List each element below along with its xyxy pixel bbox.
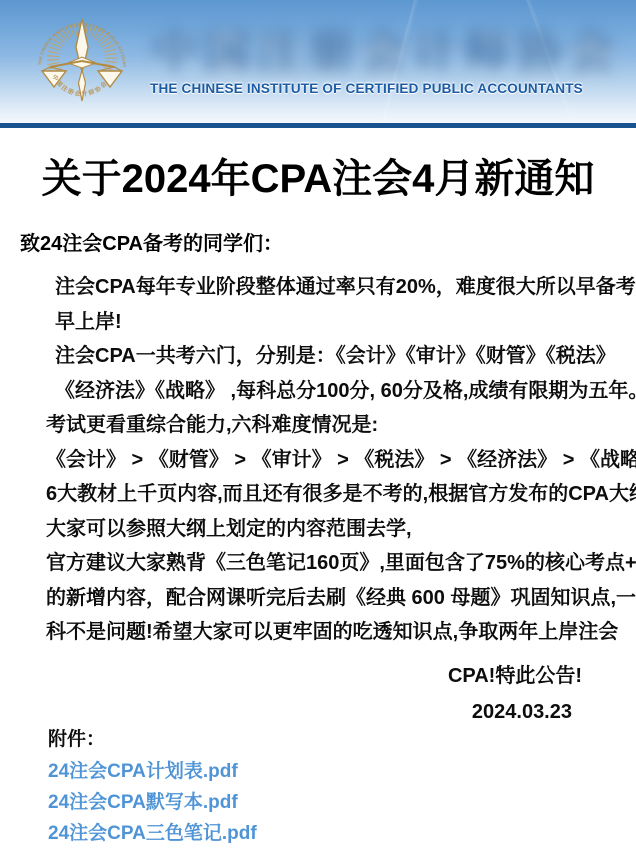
notice-title: 关于2024年CPA注会4月新通知	[0, 156, 636, 202]
header-banner: THE CHINESE INSTITUTE OF CERTIFIED PUBLI…	[0, 0, 636, 123]
org-name-english: THE CHINESE INSTITUTE OF CERTIFIED PUBLI…	[150, 81, 583, 96]
body-line: 注会CPA一共考六门，分别是：《会计》《审计》《财管》《税法》	[0, 339, 636, 374]
attachment-link-plan-pdf[interactable]: 24注会CPA计划表.pdf	[0, 760, 636, 783]
attachment-link-dictation-pdf[interactable]: 24注会CPA默写本.pdf	[0, 791, 636, 814]
notice-body: 注会CPA每年专业阶段整体通过率只有20%，难度很大所以早备考 早上岸! 注会C…	[0, 270, 636, 650]
notice-content: 关于2024年CPA注会4月新通知 致24注会CPA备考的同学们： 注会CPA每…	[0, 156, 636, 845]
org-name-chinese-blurred: 中国注册会计师协会	[152, 16, 620, 82]
body-line: 《经济法》《战略》 ,每科总分100分, 60分及格,成绩有限期为五年。	[0, 374, 636, 409]
attachments-label: 附件：	[0, 728, 636, 752]
body-line: 早上岸!	[0, 305, 636, 340]
notice-page: THE CHINESE INSTITUTE OF CERTIFIED PUBLI…	[0, 0, 636, 848]
notice-date: 2024.03.23	[0, 700, 636, 724]
body-line: 科不是问题!希望大家可以更牢固的吃透知识点,争取两年上岸注会	[0, 615, 636, 650]
cicpa-scales-emblem-icon: THE CHINESE INSTITUTE OF CERTIFIED PUBLI…	[28, 7, 136, 115]
salutation: 致24注会CPA备考的同学们：	[0, 232, 636, 256]
body-line: 大家可以参照大纲上划定的内容范围去学,	[0, 512, 636, 547]
body-line: 的新增内容，配合网课听完后去刷《经典 600 母题》巩固知识点,一年三	[0, 581, 636, 616]
header-divider	[0, 123, 636, 128]
attachment-link-tricolor-notes-pdf[interactable]: 24注会CPA三色笔记.pdf	[0, 822, 636, 845]
body-line: 考试更看重综合能力,六科难度情况是:	[0, 408, 636, 443]
body-line: 注会CPA每年专业阶段整体通过率只有20%，难度很大所以早备考	[0, 270, 636, 305]
body-line: 6大教材上千页内容,而且还有很多是不考的,根据官方发布的CPA大纲,	[0, 477, 636, 512]
body-line: 官方建议大家熟背《三色笔记160页》,里面包含了75%的核心考点+25%	[0, 546, 636, 581]
body-line-difficulty-ranking: 《会计》 > 《财管》 > 《审计》 > 《税法》 > 《经济法》 > 《战略》	[0, 443, 636, 478]
attachments-section: 附件： 24注会CPA计划表.pdf 24注会CPA默写本.pdf 24注会CP…	[0, 728, 636, 845]
signoff: CPA!特此公告!	[0, 664, 636, 688]
